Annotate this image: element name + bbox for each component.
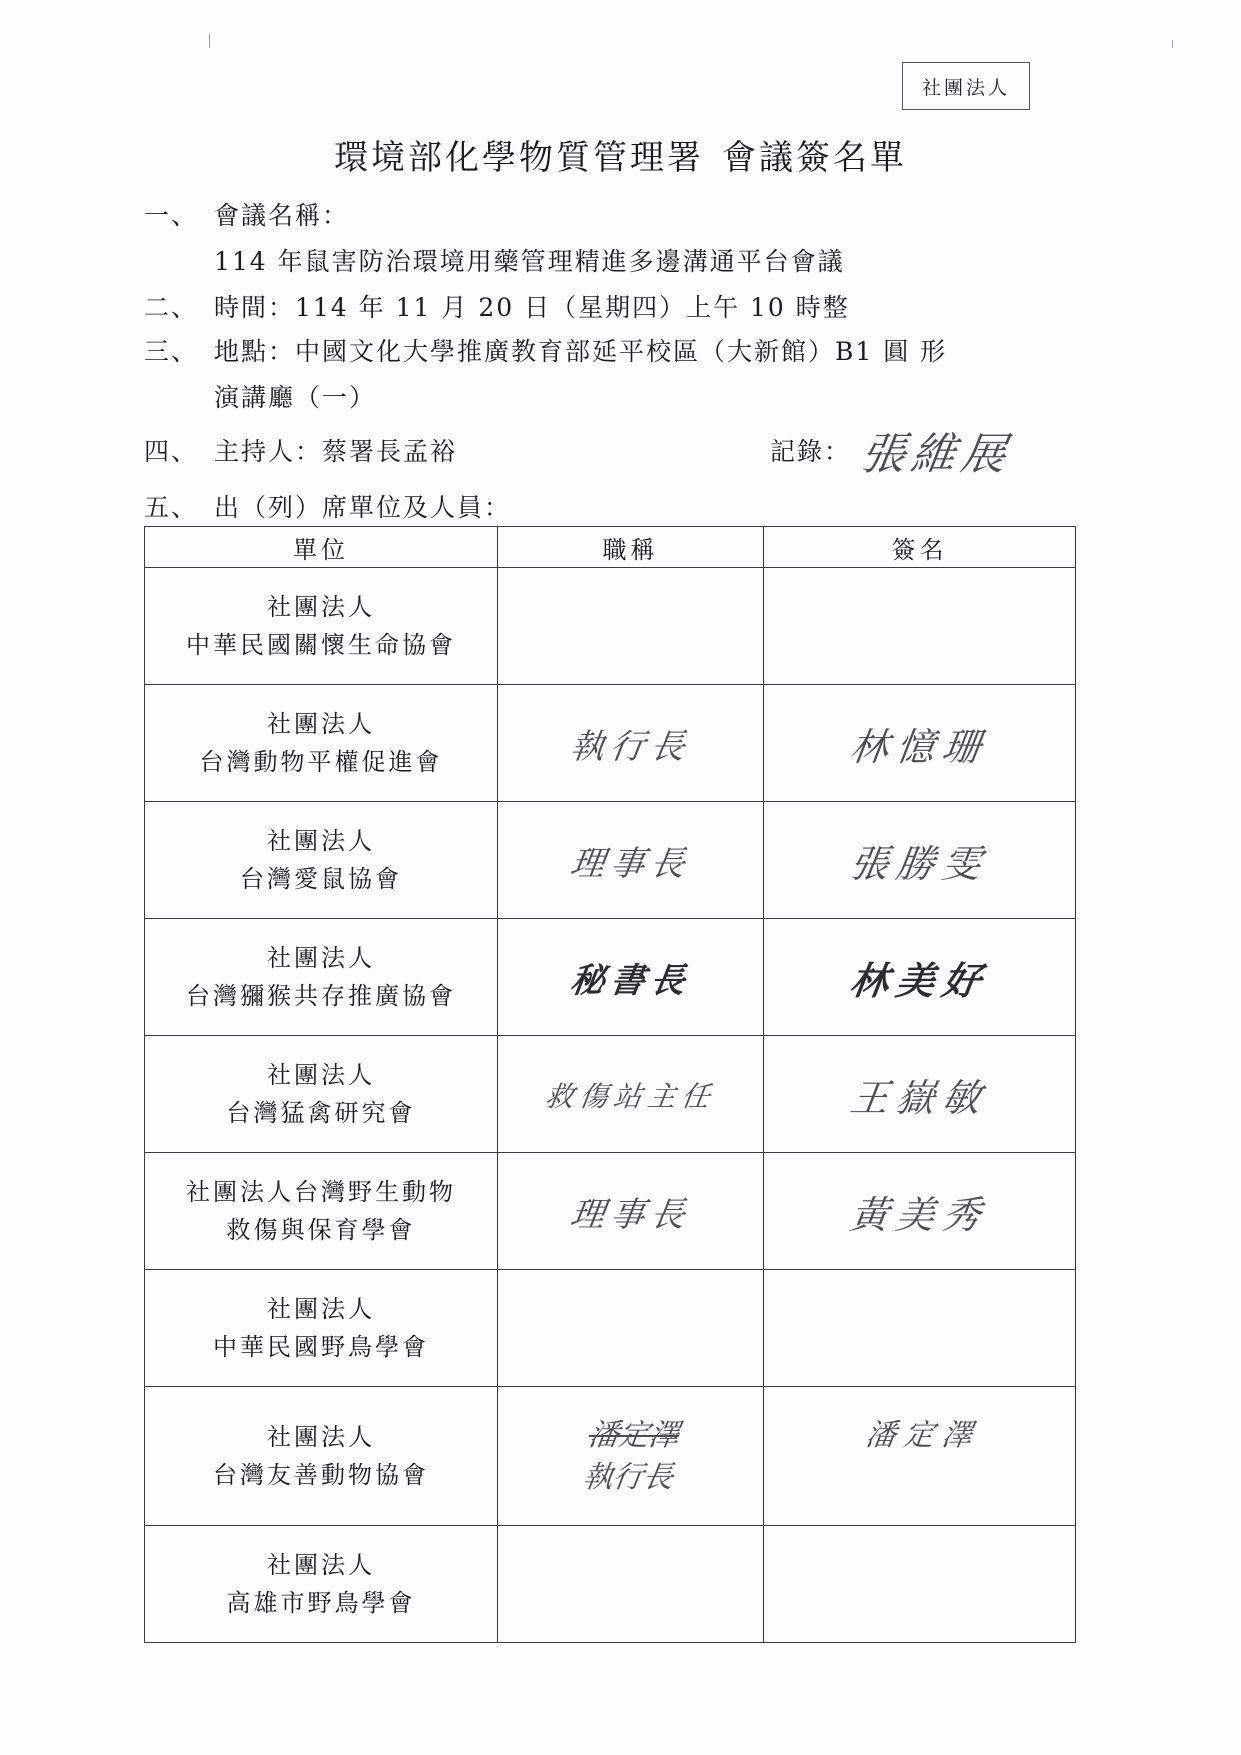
unit-type: 社團法人 bbox=[145, 1290, 497, 1328]
scan-artifact bbox=[1172, 40, 1173, 48]
header-position: 職稱 bbox=[498, 527, 764, 568]
unit-type: 社團法人 bbox=[145, 705, 497, 743]
position-cell[interactable] bbox=[489, 568, 771, 685]
table-row: 社團法人高雄市野鳥學會 bbox=[145, 1526, 1076, 1643]
unit-name: 救傷與保育學會 bbox=[145, 1211, 497, 1249]
meeting-host: 主持人：蔡署長孟裕 bbox=[214, 437, 457, 466]
unit-cell: 社團法人台灣友善動物協會 bbox=[145, 1387, 498, 1526]
signature-cell[interactable]: 王嶽敏 bbox=[755, 1036, 1083, 1153]
section-3-location: 三、地點：中國文化大學推廣教育部延平校區（大新館）B1 圓 形 bbox=[144, 332, 947, 368]
table-row: 社團法人台灣友善動物協會 潘定澤 執行長 潘定澤 bbox=[145, 1387, 1076, 1526]
meeting-name-value: 114 年鼠害防治環境用藥管理精進多邊溝通平台會議 bbox=[214, 242, 845, 278]
signature-cell[interactable] bbox=[755, 1526, 1083, 1643]
unit-name: 中華民國關懷生命協會 bbox=[145, 626, 497, 664]
title-org: 環境部化學物質管理署 bbox=[334, 138, 704, 178]
header-tag-label: 社團法人 bbox=[922, 73, 1010, 100]
unit-cell: 社團法人中華民國野鳥學會 bbox=[145, 1270, 498, 1387]
section-number: 五、 bbox=[144, 488, 214, 524]
unit-type: 社團法人 bbox=[145, 1418, 497, 1456]
unit-cell: 社團法人中華民國關懷生命協會 bbox=[145, 568, 498, 685]
unit-type: 社團法人台灣野生動物 bbox=[145, 1173, 497, 1211]
position-cell[interactable]: 救傷站主任 bbox=[489, 1036, 771, 1153]
recorder-signature: 張維展 bbox=[858, 418, 1017, 482]
unit-type: 社團法人 bbox=[145, 1546, 497, 1584]
section-1-label-line: 一、會議名稱： bbox=[144, 196, 349, 232]
unit-cell: 社團法人台灣動物平權促進會 bbox=[145, 685, 498, 802]
meeting-location-line1: 地點：中國文化大學推廣教育部延平校區（大新館）B1 圓 形 bbox=[214, 337, 947, 366]
unit-name: 台灣愛鼠協會 bbox=[145, 860, 497, 898]
position-cell[interactable]: 秘書長 bbox=[489, 919, 771, 1036]
table-row: 社團法人台灣愛鼠協會 理事長 張勝雯 bbox=[145, 802, 1076, 919]
signature-cell[interactable]: 黃美秀 bbox=[755, 1153, 1083, 1270]
unit-name: 台灣猛禽研究會 bbox=[145, 1094, 497, 1132]
section-number: 一、 bbox=[144, 196, 214, 232]
position-cell[interactable]: 理事長 bbox=[489, 802, 771, 919]
unit-cell: 社團法人台灣猛禽研究會 bbox=[145, 1036, 498, 1153]
unit-cell: 社團法人台灣愛鼠協會 bbox=[145, 802, 498, 919]
signature-cell[interactable]: 林美好 bbox=[755, 919, 1083, 1036]
unit-cell: 社團法人台灣獼猴共存推廣協會 bbox=[145, 919, 498, 1036]
unit-type: 社團法人 bbox=[145, 1056, 497, 1094]
unit-name: 台灣動物平權促進會 bbox=[145, 743, 497, 781]
recorder-label: 記錄： bbox=[770, 432, 851, 468]
scan-artifact bbox=[209, 34, 210, 48]
page-title: 環境部化學物質管理署會議簽名單 bbox=[0, 130, 1241, 179]
sign-in-table: 單位 職稱 簽名 社團法人中華民國關懷生命協會 社團法人台灣動物平權促進會 執行… bbox=[144, 526, 1076, 1643]
signature-cell[interactable] bbox=[755, 568, 1083, 685]
signature-cell[interactable]: 張勝雯 bbox=[755, 802, 1083, 919]
attendees-label: 出（列）席單位及人員： bbox=[214, 493, 511, 522]
unit-type: 社團法人 bbox=[145, 939, 497, 977]
table-row: 社團法人台灣猛禽研究會 救傷站主任 王嶽敏 bbox=[145, 1036, 1076, 1153]
position-cell[interactable] bbox=[489, 1270, 771, 1387]
position-cell[interactable]: 潘定澤 執行長 bbox=[488, 1387, 774, 1526]
section-5-attendees: 五、出（列）席單位及人員： bbox=[144, 488, 511, 524]
position-cell[interactable]: 理事長 bbox=[489, 1153, 771, 1270]
section-4-host: 四、主持人：蔡署長孟裕 bbox=[144, 432, 457, 468]
position-cell[interactable]: 執行長 bbox=[489, 685, 771, 802]
position-text: 執行長 bbox=[492, 1456, 763, 1498]
unit-name: 台灣友善動物協會 bbox=[145, 1456, 497, 1494]
unit-cell: 社團法人高雄市野鳥學會 bbox=[145, 1526, 498, 1643]
signature-cell[interactable]: 潘定澤 bbox=[754, 1387, 1086, 1526]
unit-name: 台灣獼猴共存推廣協會 bbox=[145, 977, 497, 1015]
meeting-name-label: 會議名稱： bbox=[214, 201, 349, 230]
header-tag-box: 社團法人 bbox=[902, 62, 1030, 110]
position-cell[interactable] bbox=[489, 1526, 771, 1643]
signature-cell[interactable]: 林憶珊 bbox=[755, 685, 1083, 802]
unit-name: 高雄市野鳥學會 bbox=[145, 1584, 497, 1622]
header-unit: 單位 bbox=[145, 527, 498, 568]
title-doc: 會議簽名單 bbox=[722, 138, 907, 178]
header-signature: 簽名 bbox=[764, 527, 1076, 568]
table-row: 社團法人中華民國關懷生命協會 bbox=[145, 568, 1076, 685]
meeting-location-line2: 演講廳（一） bbox=[214, 378, 376, 414]
unit-type: 社團法人 bbox=[145, 588, 497, 626]
section-number: 三、 bbox=[144, 332, 214, 368]
signature-text: 潘定澤 bbox=[863, 1417, 982, 1452]
meeting-time: 時間：114 年 11 月 20 日（星期四）上午 10 時整 bbox=[214, 293, 850, 322]
table-row: 社團法人中華民國野鳥學會 bbox=[145, 1270, 1076, 1387]
section-2-time: 二、時間：114 年 11 月 20 日（星期四）上午 10 時整 bbox=[144, 288, 850, 324]
section-number: 二、 bbox=[144, 288, 214, 324]
table-row: 社團法人台灣獼猴共存推廣協會 秘書長 林美好 bbox=[145, 919, 1076, 1036]
unit-cell: 社團法人台灣野生動物救傷與保育學會 bbox=[145, 1153, 498, 1270]
struck-out-entry: 潘定澤 bbox=[498, 1414, 769, 1456]
signature-cell[interactable] bbox=[755, 1270, 1083, 1387]
table-row: 社團法人台灣野生動物救傷與保育學會 理事長 黃美秀 bbox=[145, 1153, 1076, 1270]
unit-type: 社團法人 bbox=[145, 822, 497, 860]
section-number: 四、 bbox=[144, 432, 214, 468]
table-row: 社團法人台灣動物平權促進會 執行長 林憶珊 bbox=[145, 685, 1076, 802]
table-header-row: 單位 職稱 簽名 bbox=[145, 527, 1076, 568]
unit-name: 中華民國野鳥學會 bbox=[145, 1328, 497, 1366]
